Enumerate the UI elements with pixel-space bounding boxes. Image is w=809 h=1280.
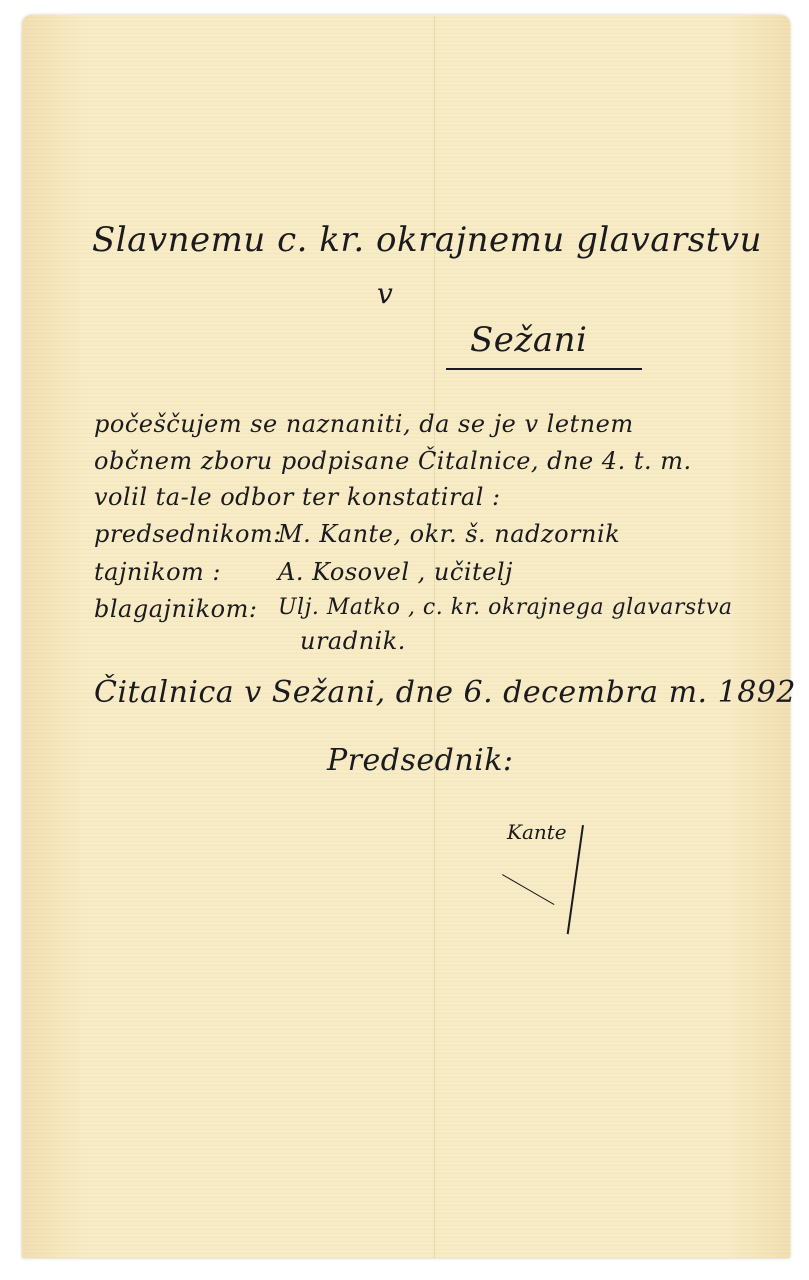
closing-title: Predsednik: xyxy=(327,743,514,778)
document-sheet: Slavnemu c. kr. okrajnemu glavarstvu v S… xyxy=(22,15,790,1258)
body-line-1: počeščujem se naznaniti, da se je v letn… xyxy=(94,410,634,438)
committee-value-treasurer-cont: uradnik. xyxy=(300,627,406,655)
addressee-line-1: Slavnemu c. kr. okrajnemu glavarstvu xyxy=(92,220,762,260)
body-line-2: občnem zboru podpisane Čitalnice, dne 4.… xyxy=(94,447,692,475)
committee-value-treasurer: Ulj. Matko , c. kr. okrajnega glavarstva xyxy=(278,595,733,620)
committee-role-treasurer: blagajnikom: xyxy=(94,595,257,623)
paper-fold xyxy=(434,15,435,1258)
addressee-line-2: v xyxy=(377,277,393,310)
addressee-underline xyxy=(446,368,642,370)
committee-value-president: M. Kante, okr. š. nadzornik xyxy=(278,520,620,548)
signature-flourish xyxy=(567,825,584,934)
place-date: Čitalnica v Sežani, dne 6. decembra m. 1… xyxy=(94,675,796,710)
signature: Kante xyxy=(507,820,567,844)
signature-underline xyxy=(502,874,554,905)
addressee-line-3: Sežani xyxy=(470,320,587,360)
committee-role-secretary: tajnikom : xyxy=(94,558,221,586)
committee-role-president: predsednikom: xyxy=(94,520,282,548)
body-line-3: volil ta-le odbor ter konstatiral : xyxy=(94,483,501,511)
committee-value-secretary: A. Kosovel , učitelj xyxy=(278,558,513,586)
